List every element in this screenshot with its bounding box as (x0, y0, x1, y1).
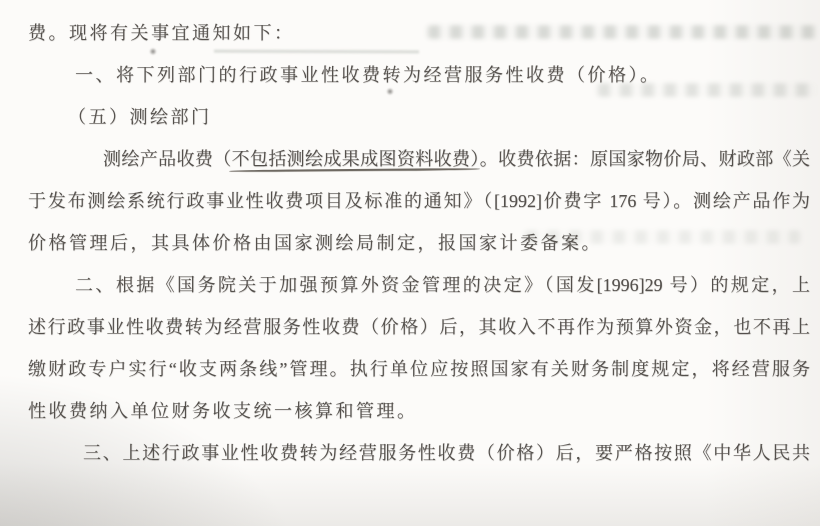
document-line-5: 于发布测绘系统行政事业性收费项目及标准的通知》（[1992]价费字 176 号）… (28, 180, 810, 222)
document-line-3: （五）测绘部门 (28, 96, 810, 138)
hand-underlined-text: 不包括测绘成果成图资料收费 (232, 149, 471, 169)
document-line-7: 二、根据《国务院关于加强预算外资金管理的决定》（国发[1996]29 号）的规定… (28, 264, 810, 306)
document-line-2: 一、将下列部门的行政事业性收费转为经营服务性收费（价格）。 (28, 54, 810, 96)
document-line-8: 述行政事业性收费转为经营服务性收费（价格）后，其收入不再作为预算外资金，也不再上 (28, 306, 810, 348)
document-line-11: 三、上述行政事业性收费转为经营服务性收费（价格）后，要严格按照《中华人民共 (28, 432, 810, 474)
line-segment: 测绘产品收费（ (103, 149, 232, 169)
document-line-4: 测绘产品收费（不包括测绘成果成图资料收费）。收费依据：原国家物价局、财政部《关 (28, 138, 810, 180)
document-line-9: 缴财政专户实行“收支两条线”管理。执行单位应按照国家有关财务制度规定，将经营服务 (28, 348, 810, 390)
scanned-document-page: 费。现将有关事宜通知如下： 一、将下列部门的行政事业性收费转为经营服务性收费（价… (0, 0, 820, 526)
document-line-1: 费。现将有关事宜通知如下： (28, 12, 810, 54)
document-text: 费。现将有关事宜通知如下： 一、将下列部门的行政事业性收费转为经营服务性收费（价… (28, 12, 810, 474)
line-segment: ）。收费依据：原国家物价局、财政部《关 (470, 149, 810, 169)
document-line-10: 性收费纳入单位财务收支统一核算和管理。 (28, 390, 810, 432)
document-line-6: 价格管理后，其具体价格由国家测绘局制定，报国家计委备案。 (28, 222, 810, 264)
